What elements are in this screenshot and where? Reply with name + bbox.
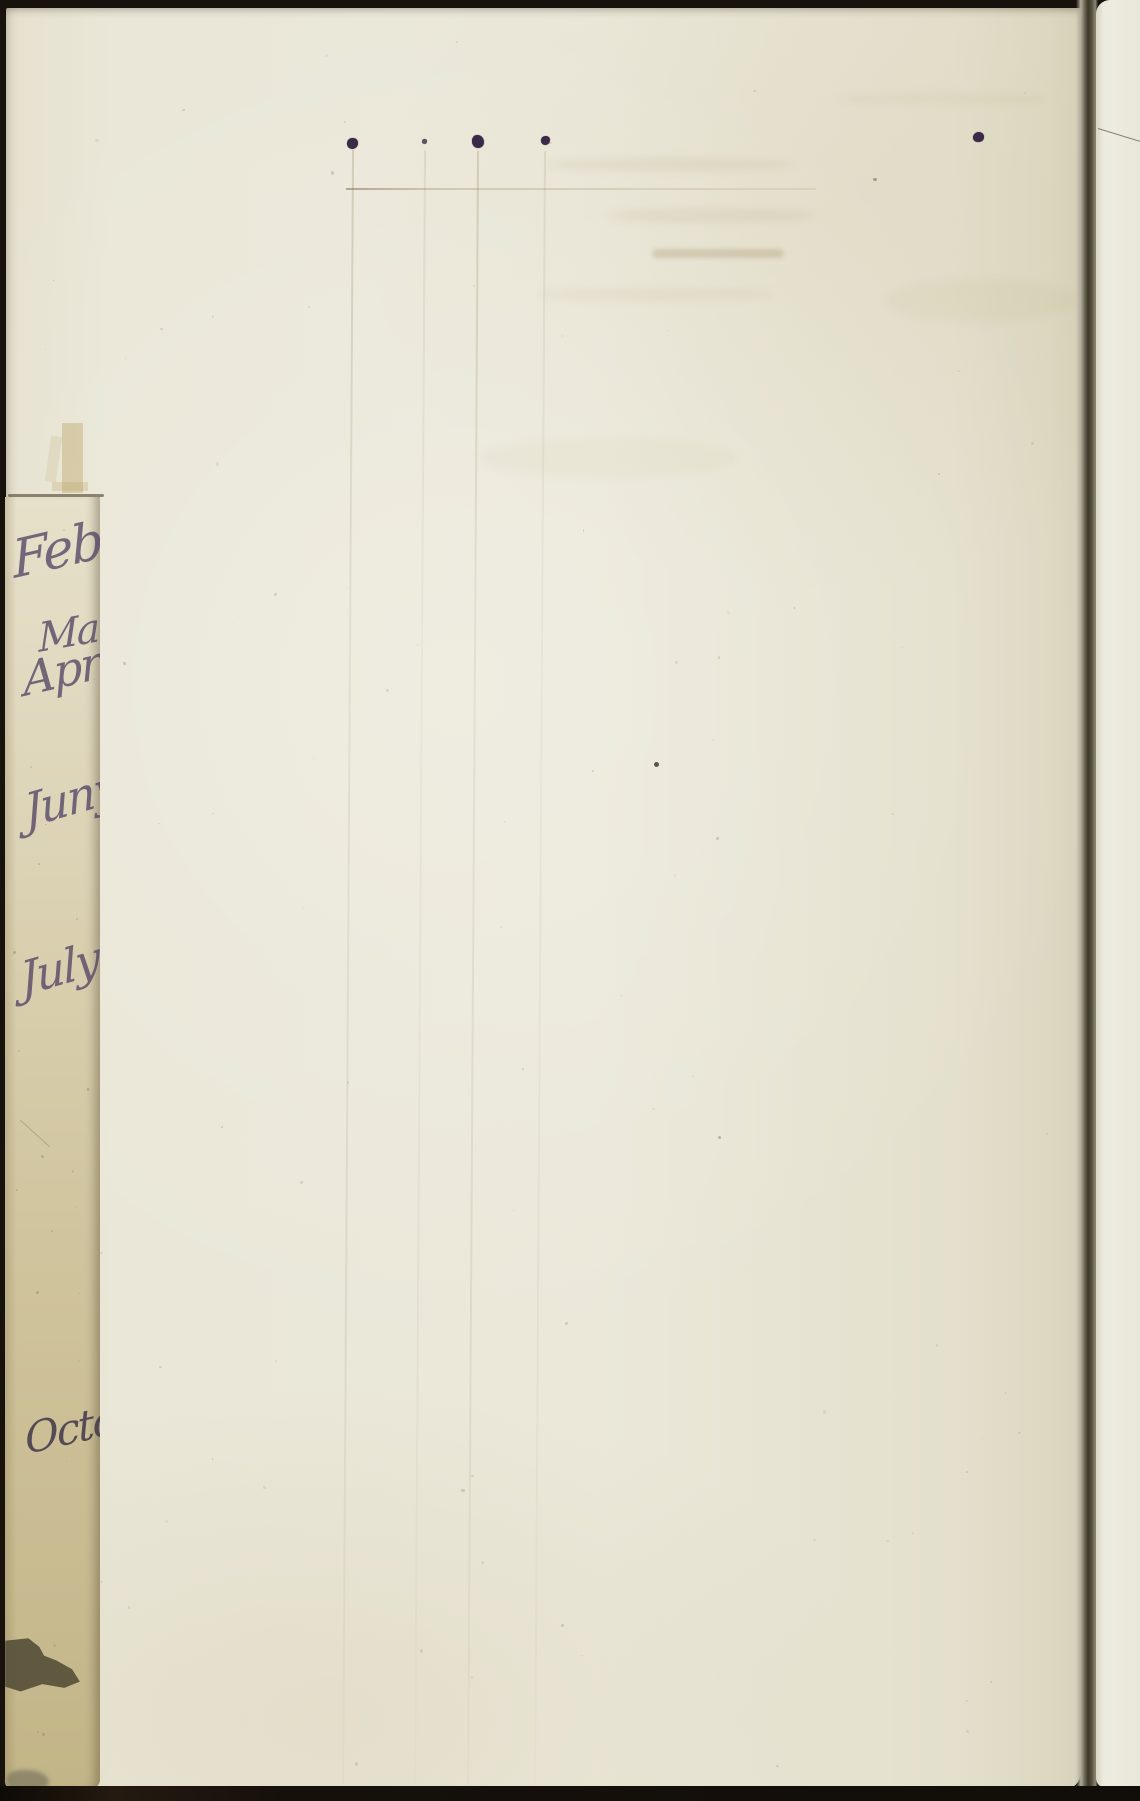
paper-speck: [75, 1207, 76, 1208]
margin-annotation-feb: Feb: [10, 514, 100, 587]
paper-speck: [45, 824, 46, 825]
paper-speck: [966, 1730, 969, 1733]
paper-speck: [420, 1649, 423, 1652]
paper-speck: [813, 1539, 816, 1541]
scanned-ledger-page: Feb Mar April Juny July Octob: [0, 0, 1140, 1801]
paper-speck: [355, 1762, 358, 1766]
paper-speck: [561, 1624, 563, 1627]
paper-speck: [500, 926, 502, 928]
paper-speck: [165, 1520, 168, 1523]
page-gutter-shadow: [1076, 0, 1098, 1793]
paper-speck: [78, 1360, 80, 1362]
paper-speck: [718, 1136, 721, 1139]
paper-speck: [965, 1700, 968, 1702]
paper-speck: [583, 529, 585, 531]
underlying-leaf-edge: Feb Mar April Juny July Octob: [5, 497, 100, 1788]
paper-speck: [275, 1360, 278, 1363]
paper-speck: [212, 813, 214, 814]
paper-speck: [313, 758, 314, 759]
paper-speck: [912, 1532, 914, 1535]
column-rule: [342, 150, 354, 1784]
next-page-edge: [1096, 0, 1140, 1788]
paper-speck: [87, 1088, 89, 1090]
paper-speck: [873, 178, 877, 181]
paper-speck: [966, 1471, 968, 1473]
paper-crease: [20, 1120, 50, 1148]
paper-speck: [66, 1461, 67, 1462]
paper-speck: [221, 1126, 222, 1128]
paper-speck: [718, 656, 721, 658]
paper-speck: [232, 622, 233, 623]
paper-speck: [38, 863, 40, 865]
paper-speck: [37, 1731, 39, 1733]
margin-annotation-octob: Octob: [23, 1392, 100, 1461]
paper-speck: [72, 1170, 74, 1172]
paper-speck: [727, 611, 730, 614]
paper-speck: [42, 1733, 45, 1736]
paper-speck: [1018, 1432, 1021, 1434]
book-bottom-shadow: [0, 1786, 1140, 1801]
paper-speck: [331, 171, 334, 175]
paper-speck: [957, 370, 960, 372]
paper-speck: [79, 1293, 80, 1294]
paper-speck: [123, 662, 126, 664]
paper-speck: [386, 689, 389, 692]
column-rule: [534, 151, 546, 1785]
paper-speck: [53, 1644, 56, 1647]
margin-annotation-apr: April: [21, 633, 100, 703]
paper-speck: [794, 607, 795, 609]
faded-stamp-mark: [52, 482, 88, 491]
margin-annotation-july: July: [18, 934, 100, 1003]
paper-speck: [36, 1291, 39, 1294]
margin-annotation-juny: Juny: [22, 762, 100, 835]
paper-speck: [76, 918, 78, 920]
paper-speck: [30, 766, 32, 768]
paper-speck: [128, 1606, 130, 1608]
main-page: [6, 8, 1081, 1790]
ink-blob: [5, 1637, 83, 1699]
paper-speck: [100, 1252, 103, 1255]
ink-dot: [973, 132, 984, 142]
paper-speck: [13, 951, 16, 954]
paper-speck: [654, 762, 659, 767]
paper-speck: [549, 142, 552, 144]
paper-speck: [263, 1486, 266, 1489]
paper-speck: [325, 54, 328, 57]
paper-speck: [51, 1230, 53, 1232]
paper-speck: [461, 1489, 464, 1492]
paper-speck: [621, 995, 622, 996]
paper-speck: [216, 462, 219, 466]
paper-speck: [481, 1561, 484, 1563]
column-rule: [414, 150, 426, 1784]
paper-speck: [592, 770, 594, 772]
paper-speck: [182, 109, 184, 111]
paper-speck: [41, 1155, 44, 1158]
column-rulings: [0, 6, 1082, 1795]
paper-speck: [212, 315, 214, 318]
column-rule: [467, 151, 479, 1785]
head-rule: [346, 188, 816, 190]
paper-speck: [63, 529, 65, 531]
paper-speck: [471, 1475, 474, 1477]
paper-speck: [936, 1344, 938, 1347]
paper-speck: [16, 1189, 18, 1191]
paper-speck: [344, 121, 346, 123]
paper-speck: [886, 1540, 889, 1542]
paper-speck: [95, 139, 98, 142]
paper-speck: [308, 306, 309, 308]
paper-speck: [522, 1068, 524, 1071]
ink-dot: [472, 135, 484, 148]
paper-speck: [18, 1050, 21, 1053]
